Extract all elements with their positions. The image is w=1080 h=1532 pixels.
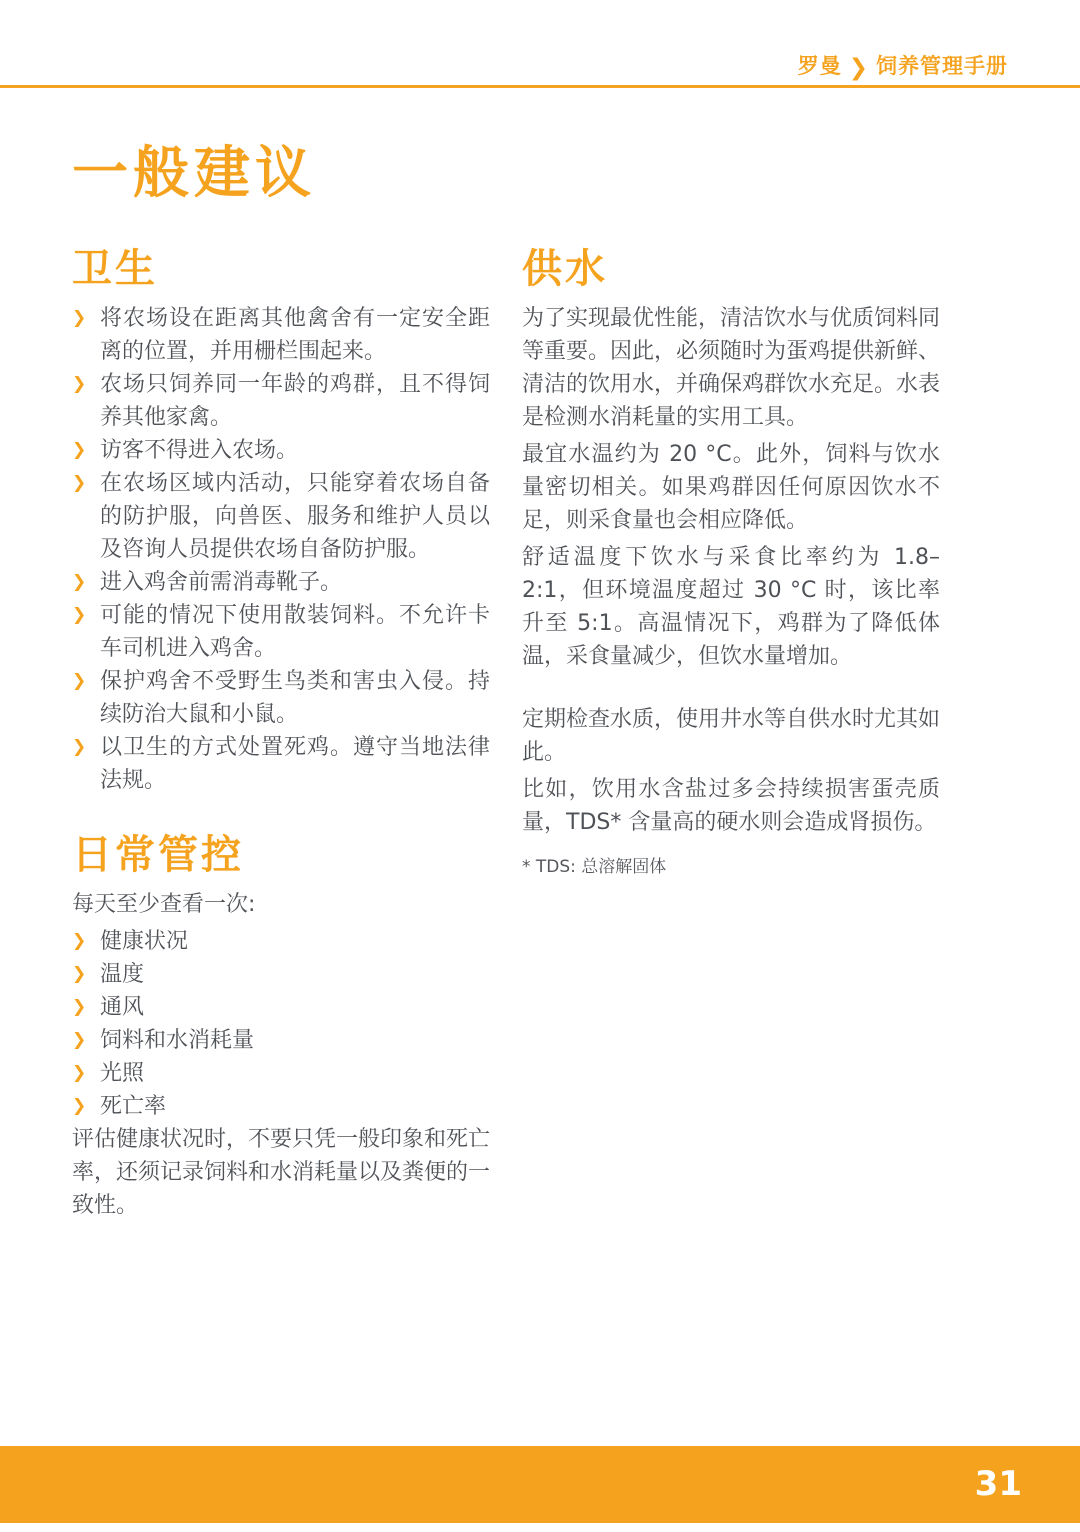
bullet-text: 健康状况 [100, 925, 490, 958]
bullet-item: ❯将农场设在距离其他禽舍有一定安全距离的位置，并用栅栏围起来。 [72, 302, 490, 368]
bullet-text: 访客不得进入农场。 [100, 434, 490, 467]
daily-intro: 每天至少查看一次: [72, 888, 490, 921]
bullet-item: ❯访客不得进入农场。 [72, 434, 490, 467]
bullet-item: ❯以卫生的方式处置死鸡。遵守当地法律法规。 [72, 731, 490, 797]
chevron-bullet-icon: ❯ [72, 925, 100, 958]
chevron-bullet-icon: ❯ [72, 599, 100, 665]
water-paragraph: 定期检查水质，使用井水等自供水时尤其如此。 [522, 703, 940, 769]
bullet-item: ❯在农场区域内活动，只能穿着农场自备的防护服，向兽医、服务和维护人员以及咨询人员… [72, 467, 490, 566]
bullet-text: 光照 [100, 1057, 490, 1090]
bullet-item: ❯进入鸡舍前需消毒靴子。 [72, 566, 490, 599]
daily-bullet-list: ❯健康状况 ❯温度 ❯通风 ❯饲料和水消耗量 ❯光照 ❯死亡率 [72, 925, 490, 1123]
bullet-item: ❯光照 [72, 1057, 490, 1090]
water-heading: 供水 [522, 246, 940, 292]
chevron-bullet-icon: ❯ [72, 1057, 100, 1090]
daily-heading: 日常管控 [72, 832, 490, 878]
bullet-item: ❯饲料和水消耗量 [72, 1024, 490, 1057]
content-columns: 卫生 ❯将农场设在距离其他禽舍有一定安全距离的位置，并用栅栏围起来。 ❯农场只饲… [72, 246, 940, 1226]
chevron-bullet-icon: ❯ [72, 566, 100, 599]
hygiene-heading: 卫生 [72, 246, 490, 292]
hygiene-bullet-list: ❯将农场设在距离其他禽舍有一定安全距离的位置，并用栅栏围起来。 ❯农场只饲养同一… [72, 302, 490, 797]
chevron-bullet-icon: ❯ [72, 1024, 100, 1057]
bullet-text: 死亡率 [100, 1090, 490, 1123]
bullet-text: 在农场区域内活动，只能穿着农场自备的防护服，向兽医、服务和维护人员以及咨询人员提… [100, 467, 490, 566]
page-header: 罗曼❯饲养管理手册 [798, 50, 1008, 81]
right-column: 供水 为了实现最优性能，清洁饮水与优质饲料同等重要。因此，必须随时为蛋鸡提供新鲜… [522, 246, 940, 1226]
bullet-text: 通风 [100, 991, 490, 1024]
bullet-text: 保护鸡舍不受野生鸟类和害虫入侵。持续防治大鼠和小鼠。 [100, 665, 490, 731]
chevron-bullet-icon: ❯ [72, 958, 100, 991]
bullet-item: ❯保护鸡舍不受野生鸟类和害虫入侵。持续防治大鼠和小鼠。 [72, 665, 490, 731]
water-paragraph: 最宜水温约为 20 °C。此外，饲料与饮水量密切相关。如果鸡群因任何原因饮水不足… [522, 438, 940, 537]
bullet-item: ❯健康状况 [72, 925, 490, 958]
chevron-bullet-icon: ❯ [72, 665, 100, 731]
bullet-text: 将农场设在距离其他禽舍有一定安全距离的位置，并用栅栏围起来。 [100, 302, 490, 368]
page-footer: 31 [0, 1446, 1080, 1523]
brand-label: 罗曼 [798, 54, 842, 78]
bullet-item: ❯可能的情况下使用散装饲料。不允许卡车司机进入鸡舍。 [72, 599, 490, 665]
bullet-text: 可能的情况下使用散装饲料。不允许卡车司机进入鸡舍。 [100, 599, 490, 665]
water-paragraph: 比如，饮用水含盐过多会持续损害蛋壳质量，TDS* 含量高的硬水则会造成肾损伤。 [522, 773, 940, 839]
bullet-text: 进入鸡舍前需消毒靴子。 [100, 566, 490, 599]
page-number: 31 [975, 1446, 1022, 1523]
water-paragraph: 舒适温度下饮水与采食比率约为 1.8–2:1，但环境温度超过 30 °C 时，该… [522, 541, 940, 673]
bullet-item: ❯通风 [72, 991, 490, 1024]
left-column: 卫生 ❯将农场设在距离其他禽舍有一定安全距离的位置，并用栅栏围起来。 ❯农场只饲… [72, 246, 490, 1226]
daily-outro: 评估健康状况时，不要只凭一般印象和死亡率，还须记录饲料和水消耗量以及粪便的一致性… [72, 1123, 490, 1222]
bullet-text: 以卫生的方式处置死鸡。遵守当地法律法规。 [100, 731, 490, 797]
page-title: 一般建议 [72, 146, 316, 202]
manual-page: 罗曼❯饲养管理手册 一般建议 卫生 ❯将农场设在距离其他禽舍有一定安全距离的位置… [0, 0, 1080, 1532]
header-chevron-icon: ❯ [849, 55, 869, 81]
bullet-text: 饲料和水消耗量 [100, 1024, 490, 1057]
chevron-bullet-icon: ❯ [72, 991, 100, 1024]
chevron-bullet-icon: ❯ [72, 434, 100, 467]
bullet-item: ❯农场只饲养同一年龄的鸡群，且不得饲养其他家禽。 [72, 368, 490, 434]
manual-title-label: 饲养管理手册 [876, 54, 1008, 78]
chevron-bullet-icon: ❯ [72, 731, 100, 797]
bullet-item: ❯死亡率 [72, 1090, 490, 1123]
chevron-bullet-icon: ❯ [72, 368, 100, 434]
water-paragraph: 为了实现最优性能，清洁饮水与优质饲料同等重要。因此，必须随时为蛋鸡提供新鲜、清洁… [522, 302, 940, 434]
header-rule [0, 85, 1080, 88]
chevron-bullet-icon: ❯ [72, 1090, 100, 1123]
bullet-item: ❯温度 [72, 958, 490, 991]
chevron-bullet-icon: ❯ [72, 302, 100, 368]
chevron-bullet-icon: ❯ [72, 467, 100, 566]
bullet-text: 温度 [100, 958, 490, 991]
bullet-text: 农场只饲养同一年龄的鸡群，且不得饲养其他家禽。 [100, 368, 490, 434]
tds-footnote: * TDS: 总溶解固体 [522, 855, 940, 879]
